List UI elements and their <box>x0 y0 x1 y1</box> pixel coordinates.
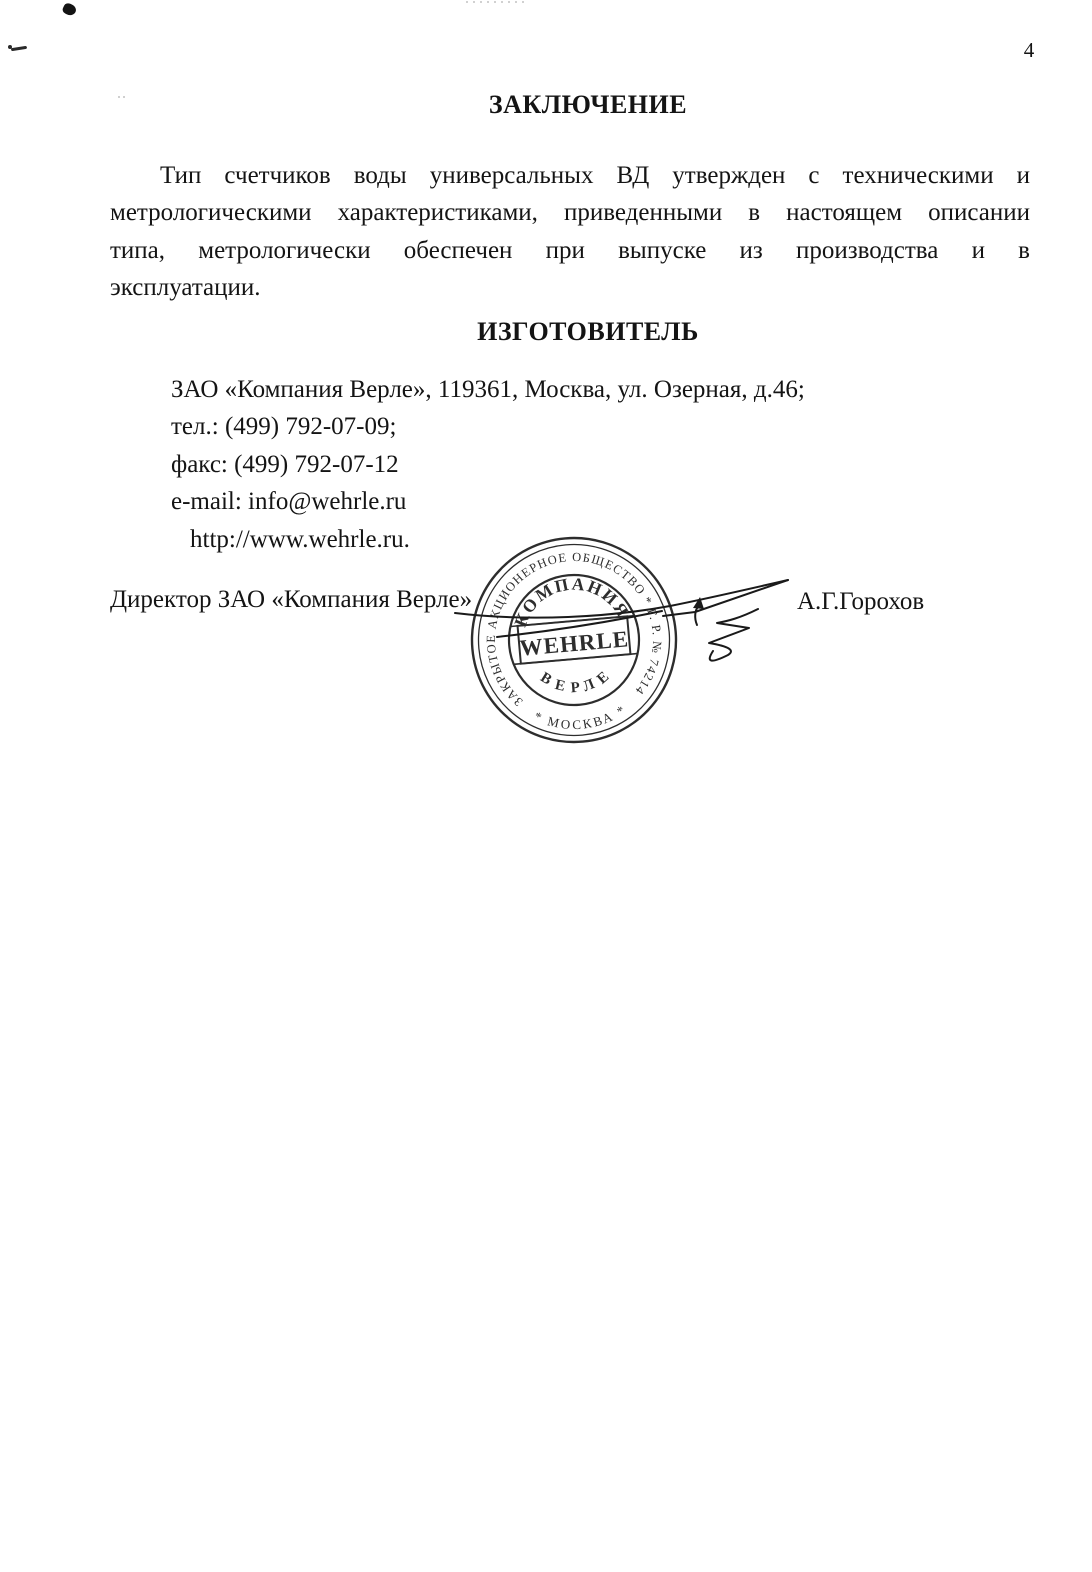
paragraph-line: типа, метрологически обеспечен при выпус… <box>110 232 1030 269</box>
paragraph-line: Тип счетчиков воды универсальных ВД утве… <box>110 157 1030 194</box>
paragraph-line: метрологическими характеристиками, приве… <box>110 194 1030 231</box>
scan-speck <box>466 1 526 3</box>
scan-speck <box>61 2 77 17</box>
signature-role: Директор ЗАО «Компания Верле» <box>110 585 472 615</box>
signature-long-stroke <box>455 580 788 618</box>
address-line: ЗАО «Компания Верле», 119361, Москва, ул… <box>171 371 805 408</box>
scan-speck <box>8 45 12 49</box>
section-title: ЗАКЛЮЧЕНИЕ <box>112 90 1064 120</box>
paragraph-line: эксплуатации. <box>110 269 1030 306</box>
phone-line: тел.: (499) 792-07-09; <box>171 408 805 445</box>
manufacturer-heading: ИЗГОТОВИТЕЛЬ <box>112 317 1064 347</box>
signature-arrow-tail <box>695 607 698 625</box>
signature-strokes <box>430 545 820 705</box>
signature-zigzag-flourish <box>709 609 758 661</box>
page-number: 4 <box>1014 38 1044 63</box>
conclusion-paragraph: Тип счетчиков воды универсальных ВД утве… <box>110 157 1030 307</box>
signature-return-stroke <box>663 580 788 616</box>
document-page: 4 ЗАКЛЮЧЕНИЕ Тип счетчиков воды универса… <box>0 0 1092 1572</box>
email-line: e-mail: info@wehrle.ru <box>171 483 805 520</box>
fax-line: факс: (499) 792-07-12 <box>171 446 805 483</box>
scan-speck <box>11 46 27 51</box>
signature-strike-stroke <box>497 611 662 637</box>
